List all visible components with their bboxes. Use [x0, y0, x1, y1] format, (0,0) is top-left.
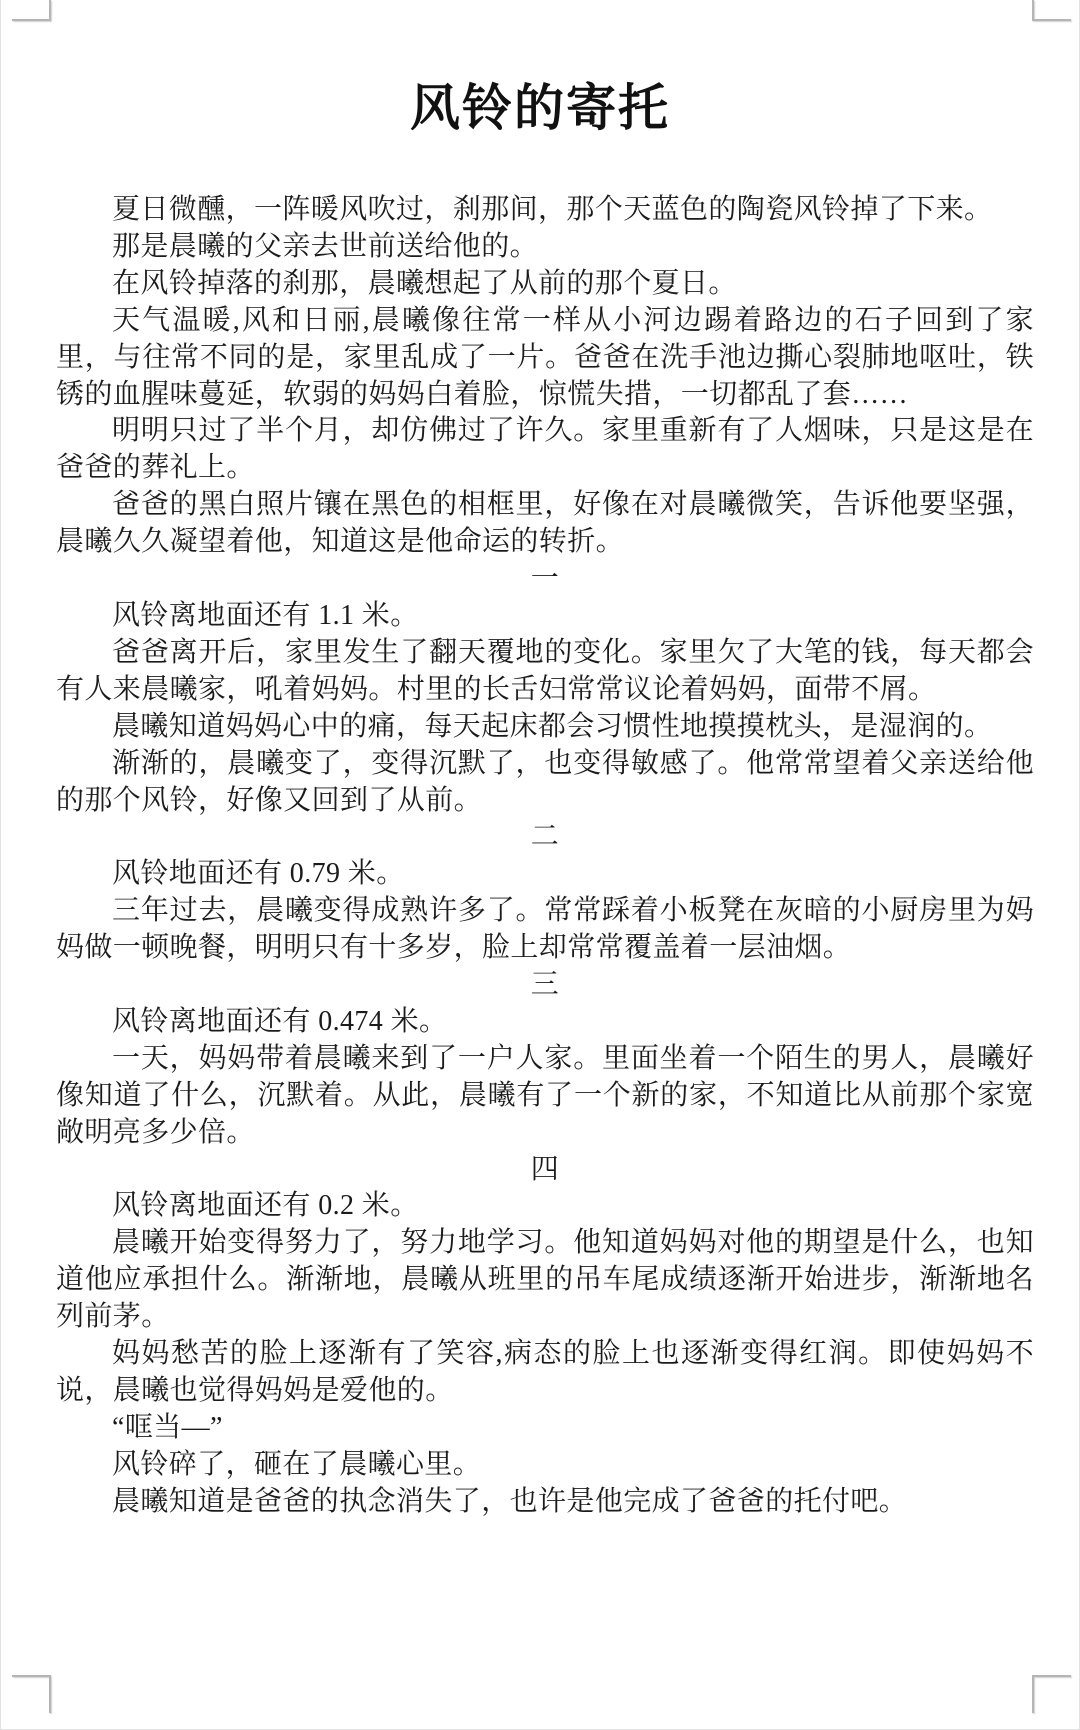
paragraph: 晨曦开始变得努力了，努力地学习。他知道妈妈对他的期望是什么，也知道他应承担什么。…: [56, 1225, 1034, 1336]
paragraph: 风铃地面还有 0.79 米。: [56, 856, 1034, 893]
paragraph: 风铃离地面还有 1.1 米。: [56, 598, 1034, 635]
paragraph: 爸爸的黑白照片镶在黑色的相框里，好像在对晨曦微笑，告诉他要坚强，晨曦久久凝望着他…: [56, 487, 1034, 561]
paragraph: 一天，妈妈带着晨曦来到了一户人家。里面坐着一个陌生的男人，晨曦好像知道了什么，沉…: [56, 1041, 1034, 1152]
document-body: 夏日微醺，一阵暖风吹过，刹那间，那个天蓝色的陶瓷风铃掉了下来。那是晨曦的父亲去世…: [56, 192, 1034, 1521]
section-heading: 一: [56, 561, 1034, 598]
document-page: 风铃的寄托 夏日微醺，一阵暖风吹过，刹那间，那个天蓝色的陶瓷风铃掉了下来。那是晨…: [0, 0, 1080, 1730]
paragraph: 晨曦知道是爸爸的执念消失了，也许是他完成了爸爸的托付吧。: [56, 1484, 1034, 1521]
section-heading: 二: [56, 819, 1034, 856]
paragraph: 晨曦知道妈妈心中的痛，每天起床都会习惯性地摸摸枕头，是湿润的。: [56, 709, 1034, 746]
crop-mark-bottom-right-icon: [1032, 1675, 1071, 1713]
paragraph: 夏日微醺，一阵暖风吹过，刹那间，那个天蓝色的陶瓷风铃掉了下来。: [56, 192, 1034, 229]
paragraph: 在风铃掉落的刹那，晨曦想起了从前的那个夏日。: [56, 266, 1034, 303]
crop-mark-bottom-left-icon: [12, 1675, 51, 1713]
paragraph: 天气温暖,风和日丽,晨曦像往常一样从小河边踢着路边的石子回到了家里，与往常不同的…: [56, 303, 1034, 414]
section-heading: 三: [56, 967, 1034, 1004]
paragraph: 那是晨曦的父亲去世前送给他的。: [56, 229, 1034, 266]
paragraph: 三年过去，晨曦变得成熟许多了。常常踩着小板凳在灰暗的小厨房里为妈妈做一顿晚餐，明…: [56, 893, 1034, 967]
paragraph: 爸爸离开后，家里发生了翻天覆地的变化。家里欠了大笔的钱，每天都会有人来晨曦家，吼…: [56, 635, 1034, 709]
paragraph: 明明只过了半个月，却仿佛过了许久。家里重新有了人烟味，只是这是在爸爸的葬礼上。: [56, 413, 1034, 487]
crop-mark-top-left-icon: [12, 0, 51, 21]
section-heading: 四: [56, 1152, 1034, 1189]
paragraph: 风铃碎了，砸在了晨曦心里。: [56, 1447, 1034, 1484]
crop-mark-top-right-icon: [1032, 0, 1071, 21]
document-title: 风铃的寄托: [0, 64, 1080, 152]
paragraph: 风铃离地面还有 0.2 米。: [56, 1188, 1034, 1225]
paragraph: 风铃离地面还有 0.474 米。: [56, 1004, 1034, 1041]
paragraph: 妈妈愁苦的脸上逐渐有了笑容,病态的脸上也逐渐变得红润。即使妈妈不说，晨曦也觉得妈…: [56, 1336, 1034, 1410]
paragraph: 渐渐的，晨曦变了，变得沉默了，也变得敏感了。他常常望着父亲送给他的那个风铃，好像…: [56, 746, 1034, 820]
paragraph: “哐当—”: [56, 1410, 1034, 1447]
